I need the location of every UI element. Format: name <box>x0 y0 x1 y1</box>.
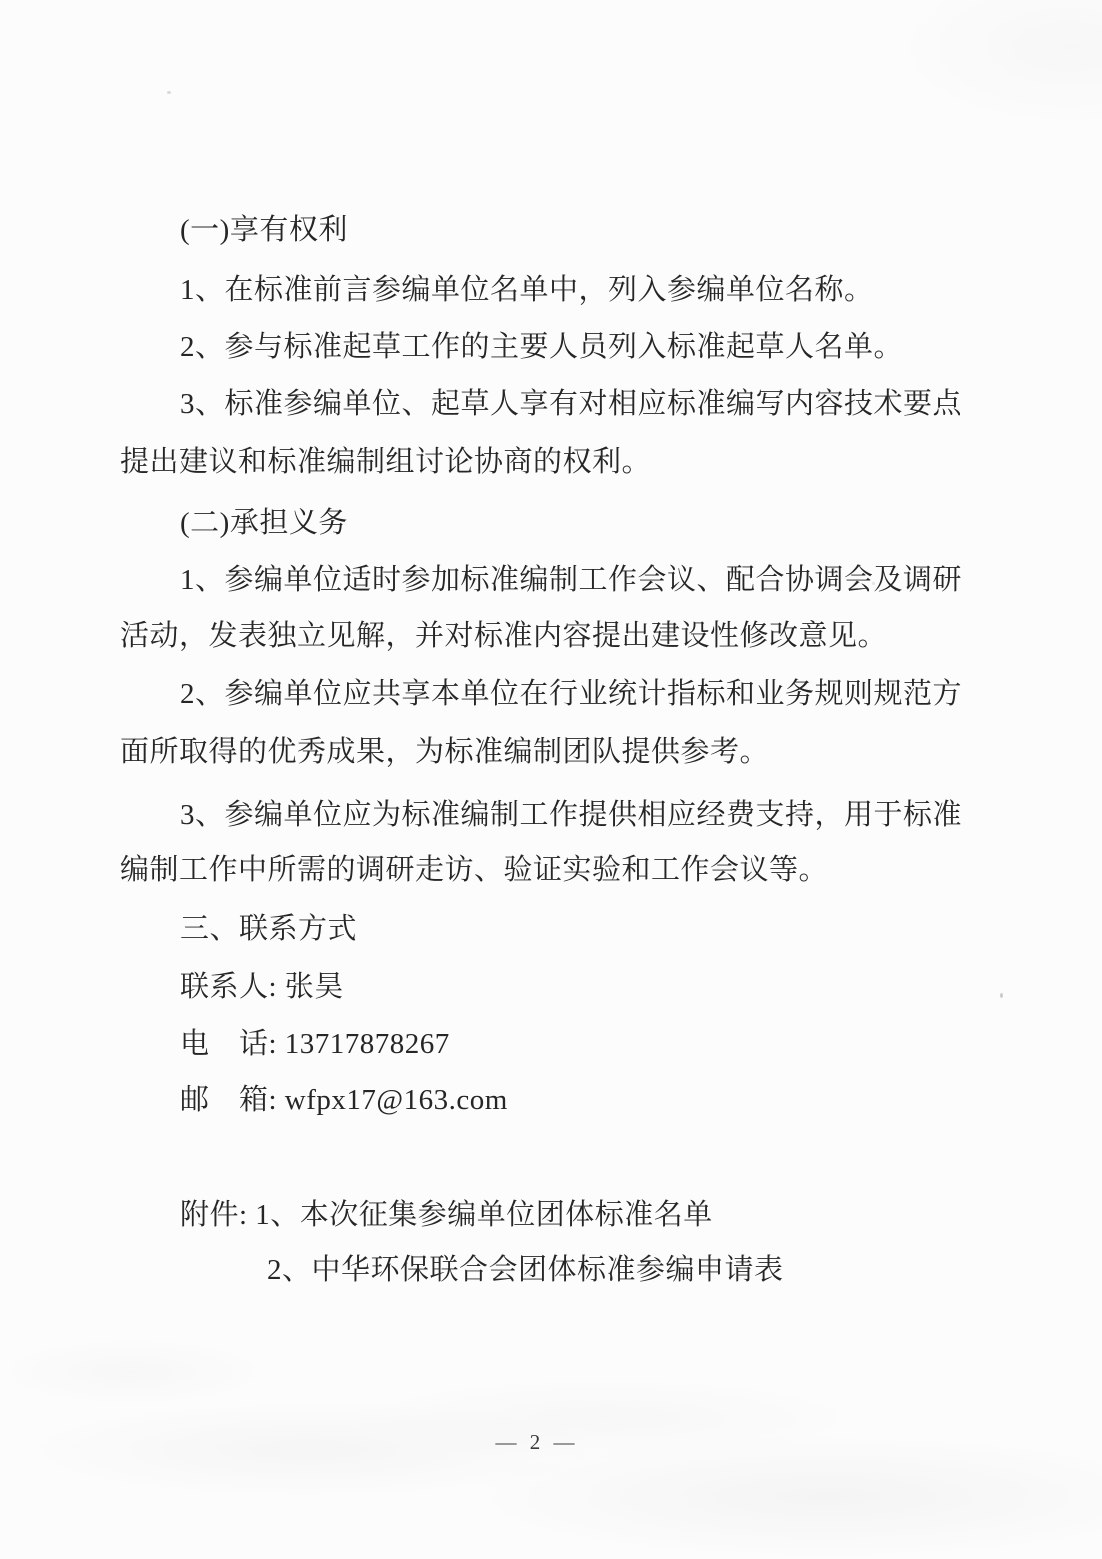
attachment-line-1: 附件: 1、本次征集参编单位团体标准名单 <box>180 1197 713 1233</box>
scan-speck <box>1000 993 1003 998</box>
text-line: 3、参编单位应为标准编制工作提供相应经费支持，用于标准 <box>180 797 962 833</box>
contact-person-line: 联系人: 张昊 <box>180 969 344 1005</box>
text-line: 活动，发表独立见解，并对标准内容提出建设性修改意见。 <box>120 618 887 654</box>
section-heading-duties: (二)承担义务 <box>180 505 348 541</box>
attachment-line-2: 2、中华环保联合会团体标准参编申请表 <box>267 1252 784 1288</box>
contact-email-line: 邮 箱: wfpx17@163.com <box>180 1082 508 1118</box>
section-heading-rights: (一)享有权利 <box>180 212 348 248</box>
page-number: — 2 — <box>0 1430 1074 1455</box>
text-line: 1、参编单位适时参加标准编制工作会议、配合协调会及调研 <box>180 562 962 598</box>
text-line: 2、参编单位应共享本单位在行业统计指标和业务规则规范方 <box>180 676 962 712</box>
text-line: 3、标准参编单位、起草人享有对相应标准编写内容技术要点 <box>180 386 962 422</box>
text-line: 提出建议和标准编制组讨论协商的权利。 <box>120 444 651 480</box>
text-line: 编制工作中所需的调研走访、验证实验和工作会议等。 <box>120 852 828 888</box>
section-heading-contact: 三、联系方式 <box>180 911 357 947</box>
scan-speck <box>167 91 171 94</box>
contact-phone-line: 电 话: 13717878267 <box>180 1026 450 1062</box>
text-line: 面所取得的优秀成果，为标准编制团队提供参考。 <box>120 734 769 770</box>
text-line: 2、参与标准起草工作的主要人员列入标准起草人名单。 <box>180 329 903 365</box>
document-page: (一)享有权利 1、在标准前言参编单位名单中，列入参编单位名称。 2、参与标准起… <box>0 0 1102 1559</box>
text-line: 1、在标准前言参编单位名单中，列入参编单位名称。 <box>180 272 874 308</box>
scan-texture <box>0 0 1102 1559</box>
